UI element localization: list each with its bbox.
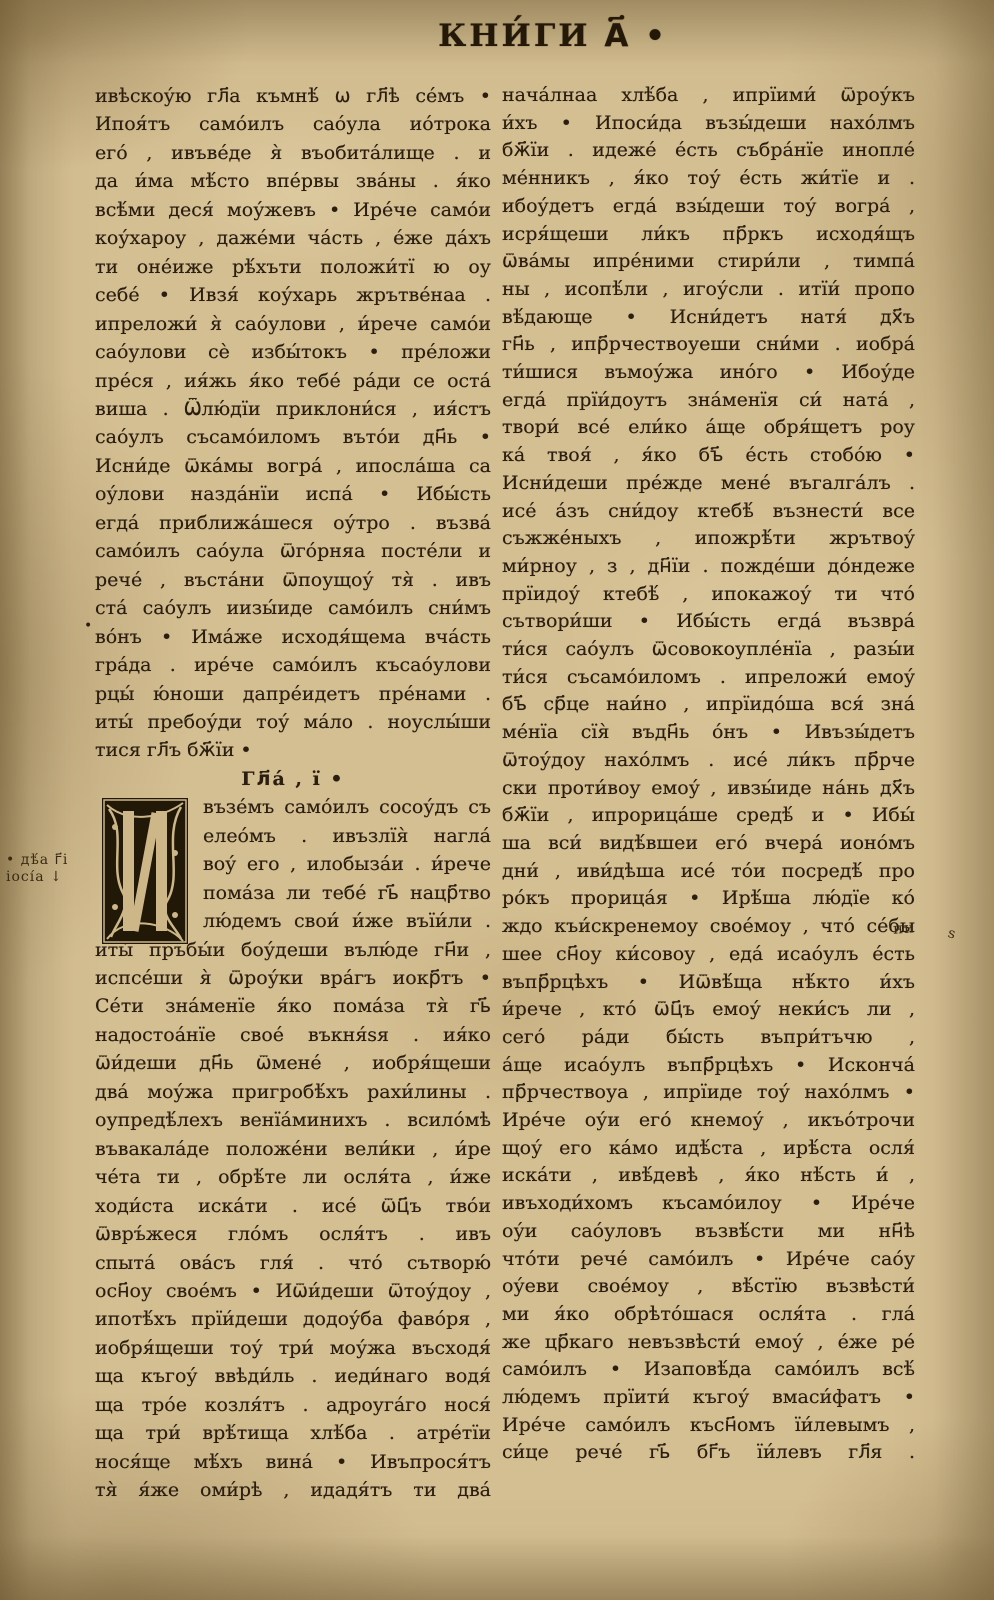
text-line: ивъходи́хомъ късамо́илоу • Ире́че xyxy=(502,1190,915,1218)
margin-dot: • xyxy=(84,618,92,634)
text-line: ми я́ко обрѣто́шася осля́та . гла́ xyxy=(502,1301,915,1329)
text-line: Ире́че оу́и его́ кнемоу́ , икъо́трочи xyxy=(502,1107,915,1135)
text-line: воу́ его , илобыза́и . и́рече xyxy=(203,850,491,878)
text-line: че́та ти , обрѣ́те ли осля́та , и́же xyxy=(95,1163,491,1191)
text-line: оу́лови назда́нїи испа́ • Ибы́сть xyxy=(95,480,491,508)
dropcap-block: възе́мъ само́илъ сосоу́дъ съелео́мъ . ив… xyxy=(95,793,491,935)
text-line: вѣ́дающе • Исни́детъ натя́ дх҃ъ xyxy=(502,304,915,332)
text-line: надостоа́нїе свое́ въкня́ѕя . ия́ко xyxy=(95,1021,491,1049)
text-line: само́илъ • Изаповѣ́да само́илъ всѣ́ xyxy=(502,1356,915,1384)
text-line: прїидоу́ ктебѣ́ , ипокажоу́ ти что́ xyxy=(502,581,915,609)
text-line: само́илъ сао́ула ѿго́рняа посте́ли и xyxy=(95,537,491,565)
text-line: лю́демъ прїити́ къгоу́ вмаси́фатъ • xyxy=(502,1384,915,1412)
text-line: ѿвръ́жеся гло́мъ осля́тъ . ивъ xyxy=(95,1220,491,1248)
margin-note-left: • дѣ́а г҃і іосі́а ↓ xyxy=(6,852,96,886)
margin-note-line: іосі́а ↓ xyxy=(6,869,96,886)
text-line: что́ти рече́ само́илъ • Ире́че сао́у xyxy=(502,1246,915,1274)
text-line: рече́ , въста́ни ѿпоущоу́ тя̀ . ивъ xyxy=(95,566,491,594)
text-line: исря́щеши ли́къ пр҃ркъ исходя́щъ xyxy=(502,221,915,249)
text-line: пома́за ли тебе́ гь҃ нацр҃тво xyxy=(203,879,491,907)
right-column-lines: нача́лнаа хлѣ́ба , ипрїими́ ѿроу́къи́хъ … xyxy=(502,82,915,1467)
left-column-part3: иты́ пръбы́и боу́деши вълю́де гн҃и ,испс… xyxy=(95,936,491,1505)
text-line: ѿтоу́доу нахо́лмъ . исе́ ли́къ пр҃рче xyxy=(502,747,915,775)
left-text-column: ивѣскоу́ю гл҃а къмнѣ́ ѡ гл҃ѣ се́мъ •Ипоя… xyxy=(95,82,491,1505)
text-line: сего́ ра́ди бы́сть въпри́тъчю , xyxy=(502,1024,915,1052)
text-line: ѿи́деши дн҃ь ѿмене́ , иобря́щеши xyxy=(95,1049,491,1077)
text-line: гн҃ь , ипр҃рчествоуеши сни́ми . иобра́ xyxy=(502,331,915,359)
text-line: его́ , ивъве́де я̀ въобита́лище . и xyxy=(95,139,491,167)
text-line: иобря́щеши тоу́ три́ моу́жа въсходя́ xyxy=(95,1334,491,1362)
text-line: ка́ твоя́ , я́ко бъ҃ е́сть стобо́ю • xyxy=(502,442,915,470)
text-line: и́хъ • Ипоси́да възы́деши нахо́лмъ xyxy=(502,110,915,138)
text-line: твори́ все́ ели́ко а́ще обря́щетъ роу xyxy=(502,414,915,442)
text-line: а́ще исао́улъ въпр҃рцѣхъ • Исконча́ xyxy=(502,1052,915,1080)
text-line: ме́нникъ , я́ко тоу́ е́сть жи́тїе и . xyxy=(502,165,915,193)
text-line: Ире́че само́илъ късн҃омъ їи́левымъ , xyxy=(502,1412,915,1440)
text-line: во́нъ • Има́же исходя́щема вча́сть xyxy=(95,623,491,651)
text-line: и́рече , кто́ ѿц҃ъ емоу́ неки́съ ли , xyxy=(502,996,915,1024)
page-title: КНИ́ГИ А҃ • xyxy=(0,18,994,54)
text-line: ивѣскоу́ю гл҃а къмнѣ́ ѡ гл҃ѣ се́мъ • xyxy=(95,82,491,110)
text-line: ски проти́воу емоу́ , ивзы́иде на́нь дх҃… xyxy=(502,775,915,803)
text-line: рцы́ ю́ноши дапре́идетъ пре́нами . xyxy=(95,680,491,708)
text-line: сътвори́ши • Ибы́сть егда́ възвра́ xyxy=(502,608,915,636)
ornamental-initial-icon xyxy=(101,797,189,945)
text-line: ны , исопѣ́ли , игоу́сли . итїи́ пропо xyxy=(502,276,915,304)
text-line: Исни́де ѿка́мы вогра́ , ипосла́ша са xyxy=(95,452,491,480)
text-line: ща три́ врѣ́тища хлѣ́ба . атре́тїи xyxy=(95,1419,491,1447)
text-line: нача́лнаа хлѣ́ба , ипрїими́ ѿроу́къ xyxy=(502,82,915,110)
text-line: Исни́деши пре́жде мене́ въгалга́лъ . xyxy=(502,470,915,498)
text-line: иска́ти , ивѣ́девѣ , я́ко нѣ́сть и́ , xyxy=(502,1162,915,1190)
text-line: ща тро́е козля́тъ . адроуга́го нося́ xyxy=(95,1391,491,1419)
text-line: щоу́ его ка́мо идѣ́ста , ирѣ́ста осля́ xyxy=(502,1135,915,1163)
text-line: бъ҃ ср҃це наи́но , ипрїидо́ша вся́ зна́ xyxy=(502,691,915,719)
text-line: бж҃їи , ипрорица́ше средѣ́ и • Ибы́ xyxy=(502,802,915,830)
text-line: ждо къи́скренемоу свое́моу , что́ се́бы xyxy=(502,913,915,941)
text-line: дни́ , иви́дѣша исе́ то́и посредѣ́ про xyxy=(502,858,915,886)
text-line: ти оне́иже рѣ́хъти положи́тї ю оу xyxy=(95,253,491,281)
text-line: ро́къ прорица́я • Ирѣ́ша лю́дїе ко́ xyxy=(502,885,915,913)
text-line: сао́улови сѐ избы́токъ • пре́ложи xyxy=(95,338,491,366)
text-line: ща къгоу́ ввѣди́ль . иеди́наго водя́ xyxy=(95,1362,491,1390)
text-line: Се́ти зна́менїе я́ко пома́за тя̀ гь҃ xyxy=(95,992,491,1020)
text-line: осн҃оу свое́мъ • Иѿи́деши ѿтоу́доу , xyxy=(95,1277,491,1305)
text-line: елео́мъ . ивъзлїя̀ нагла́ xyxy=(203,822,491,850)
text-line: пре́ся , ия́жь я́ко тебе́ ра́ди се оста́ xyxy=(95,367,491,395)
text-line: исе́ а́зъ сни́доу ктебѣ́ възнести́ все xyxy=(502,498,915,526)
chapter-heading: Гл҃а́ , ї • xyxy=(95,765,491,793)
right-text-column: нача́лнаа хлѣ́ба , ипрїими́ ѿроу́къи́хъ … xyxy=(502,82,915,1467)
text-line: пр҃рчествоуа , ипрїиде тоу́ нахо́лмъ • xyxy=(502,1079,915,1107)
text-line: възе́мъ само́илъ сосоу́дъ съ xyxy=(203,793,491,821)
margin-note-line: • дѣ́а г҃і xyxy=(6,852,96,869)
text-line: ми́рноу , з , дн҃їи . пожде́ши до́ндеже xyxy=(502,553,915,581)
text-line: въвакала́де положе́ни вели́ки , и́ре xyxy=(95,1135,491,1163)
text-line: ипреложи́ я̀ сао́улови , и́рече само́и xyxy=(95,310,491,338)
text-line: ти́ся съсамо́иломъ . ипреложи́ емоу́ xyxy=(502,664,915,692)
text-line: испсе́ши я̀ ѿроу́ки вра́гъ иокр҃тъ • xyxy=(95,964,491,992)
text-line: нося́ще мѣ́хъ вина́ • Ивъпрося́тъ xyxy=(95,1448,491,1476)
text-line: гра́да . ире́че само́илъ късао́улови xyxy=(95,651,491,679)
text-line: лю́демъ свои́ и́же въїи́ли . xyxy=(203,907,491,935)
text-line: бж҃їи . идеже́ е́сть събра́нїе инопле́ xyxy=(502,137,915,165)
text-line: ме́нїа сїя̀ въдн҃ь о́нъ • Ивъзы́детъ xyxy=(502,719,915,747)
text-line: виша . Ѿлю́дїи приклони́ся , ия́стъ xyxy=(95,395,491,423)
text-line: шее сн҃оу ки́совоу , еда́ исао́улъ е́сть xyxy=(502,941,915,969)
text-line: егда́ прїи́доутъ зна́менїя си́ ната́ , xyxy=(502,387,915,415)
text-line: оупредѣ́лехъ венїа́минихъ . всило́мѣ xyxy=(95,1106,491,1134)
text-line: ти́ся сао́улъ ѿсовокоупле́нїа , разы́и xyxy=(502,636,915,664)
text-line: ходи́ста иска́ти . исе́ ѿц҃ъ тво́и xyxy=(95,1192,491,1220)
text-line: сао́улъ съсамо́иломъ въто́и дн҃ь • xyxy=(95,423,491,451)
text-line: ѿва́мы ипре́ними стири́ли , тимпа́ xyxy=(502,248,915,276)
text-line: два́ моу́жа пригробѣ́хъ рахи́лины . xyxy=(95,1078,491,1106)
text-line: ша вси́ видѣ́вшеи его́ вчера́ ионо́мъ xyxy=(502,830,915,858)
text-line: ибоу́детъ егда́ взы́деши тоу́ вогра́ , xyxy=(502,193,915,221)
text-line: ти́шися въмоу́жа ино́го • Ибоу́де xyxy=(502,359,915,387)
text-line: же цр҃каго невъзвѣсти́ емоу́ , е́же ре́ xyxy=(502,1329,915,1357)
text-line: оу́и сао́уловъ възвѣ́сти ми нн҃ѣ xyxy=(502,1218,915,1246)
text-line: иты́ пребоу́ди тоу́ ма́ло . ноуслы́ши xyxy=(95,708,491,736)
text-line: ипотѣ́хъ прїи́деши додоу́ба фаво́ря , xyxy=(95,1305,491,1333)
text-line: тя̀ я́же оми́рѣ , идадя́тъ ти два́ xyxy=(95,1476,491,1504)
margin-note-right: ни xyxy=(892,919,915,937)
text-line: въпр҃рцѣхъ • Иѿвѣ́ща нѣ́кто и́хъ xyxy=(502,969,915,997)
book-page: КНИ́ГИ А҃ • ивѣскоу́ю гл҃а къмнѣ́ ѡ гл҃ѣ… xyxy=(0,0,994,1600)
text-line: тися гл҃ъ бж҃їи • xyxy=(95,736,491,764)
text-line: оу́еви свое́моу , вѣ́стїю възвѣсти́ xyxy=(502,1273,915,1301)
text-line: себе́ • Ивзя́ коу́харь жрътве́наа . xyxy=(95,281,491,309)
text-line: ста́ сао́улъ иизы́иде само́илъ сни́мъ xyxy=(95,594,491,622)
text-line: егда́ приближа́шеся оу́тро . възва́ xyxy=(95,509,491,537)
text-line: съжже́ныхъ , ипожрѣ́ти жрътвоу́ xyxy=(502,525,915,553)
left-column-part1: ивѣскоу́ю гл҃а къмнѣ́ ѡ гл҃ѣ се́мъ •Ипоя… xyxy=(95,82,491,736)
text-line: коу́хароу , даже́ми ча́сть , е́же да́хъ xyxy=(95,224,491,252)
text-line: си́це рече́ гь҃ бг҃ъ їи́левъ гл҃я . xyxy=(502,1439,915,1467)
text-line: Ипоя́тъ само́илъ сао́ула ио́трока xyxy=(95,110,491,138)
left-column-part2: възе́мъ само́илъ сосоу́дъ съелео́мъ . ив… xyxy=(203,793,491,935)
text-line: спыта́ ова́съ гля́ . что́ сътворю́ xyxy=(95,1249,491,1277)
margin-mark: ѕ xyxy=(946,925,958,943)
text-line: да и́ма мѣ́сто впе́рвы зва́ны . я́ко xyxy=(95,167,491,195)
text-line: всѣ́ми деся́ моу́жевъ • Ире́че само́и xyxy=(95,196,491,224)
